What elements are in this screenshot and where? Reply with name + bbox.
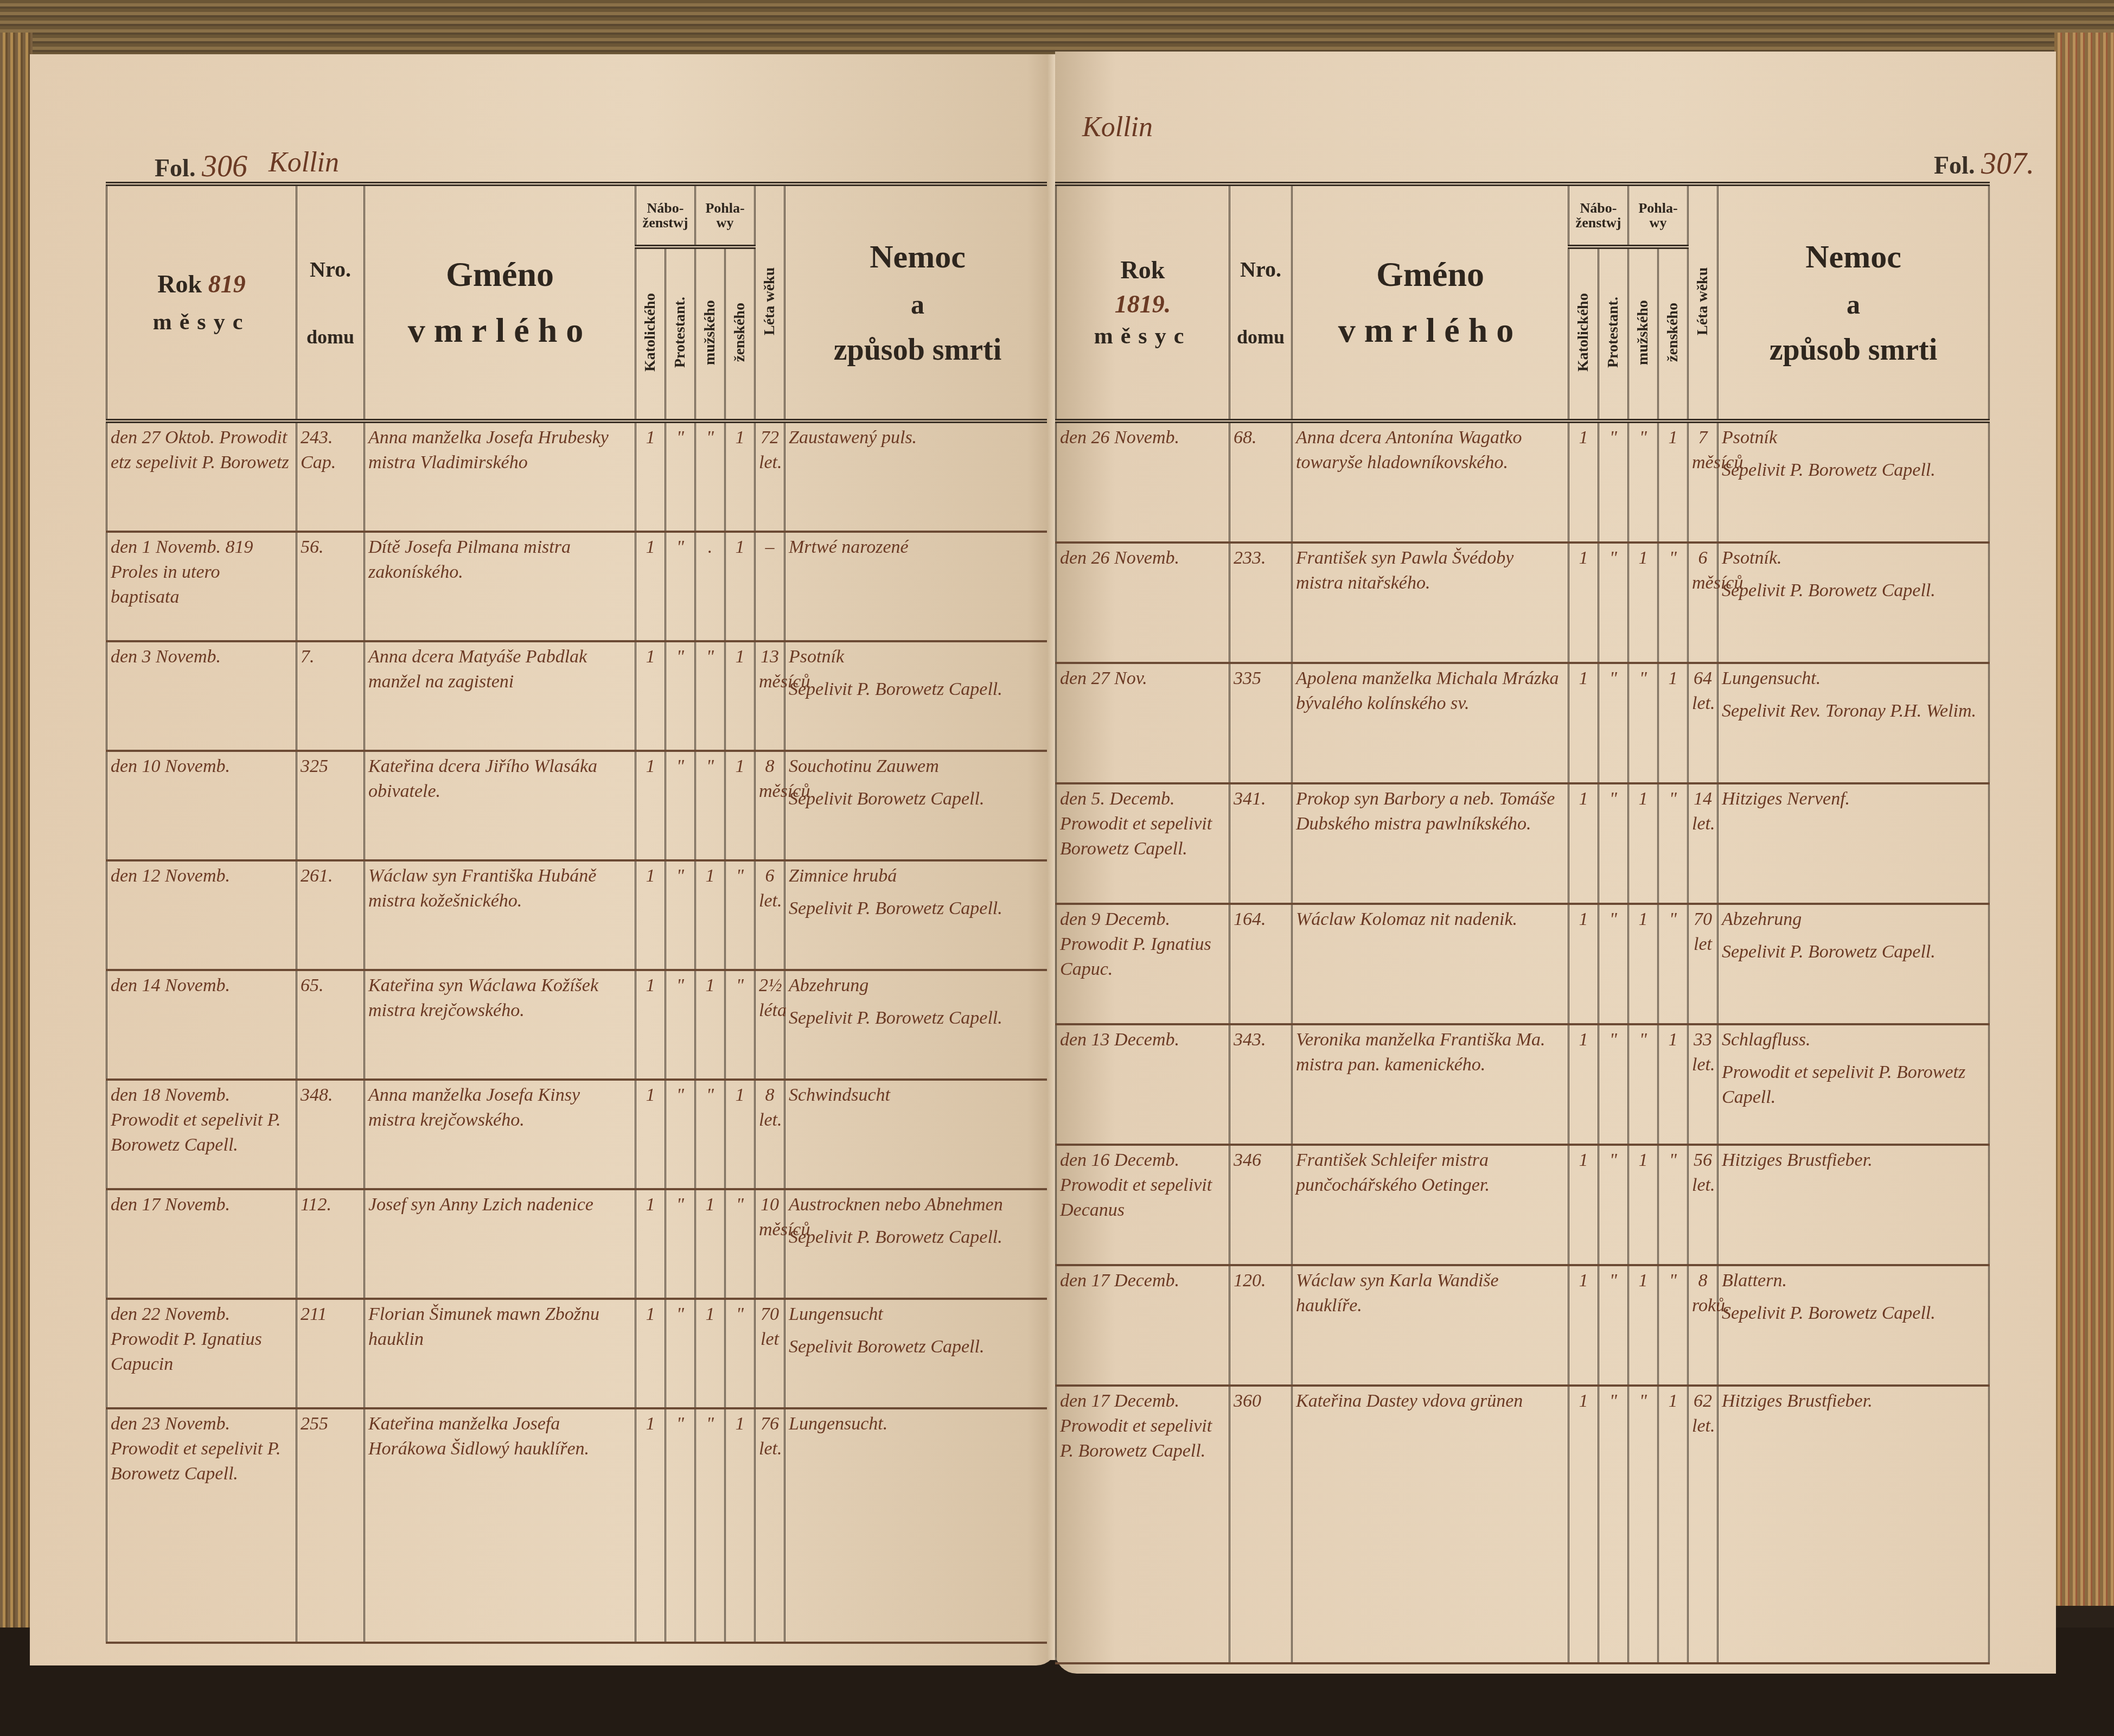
text-fragment: mužského bbox=[701, 251, 719, 414]
register-cell: 120. bbox=[1230, 1265, 1292, 1386]
text-fragment: měsyc bbox=[1060, 318, 1225, 355]
col-header-house: Nro. domu bbox=[1230, 184, 1292, 421]
register-cell: 1 bbox=[1569, 1265, 1599, 1386]
text-fragment: Sepelivit P. Borowetz Capell. bbox=[1722, 1301, 1985, 1326]
register-cell: 1 bbox=[1569, 1024, 1599, 1145]
col-header-age: Léta wěku bbox=[1688, 184, 1718, 421]
register-cell: Josef syn Anny Lzich nadenice bbox=[365, 1189, 636, 1299]
col-header-name: Gméno vmrlého bbox=[1292, 184, 1569, 421]
text-fragment: Sepelivit P. Borowetz Capell. bbox=[789, 677, 1046, 702]
register-cell: 343. bbox=[1230, 1024, 1292, 1145]
text-fragment: Lungensucht bbox=[789, 1304, 883, 1324]
register-cell: den 27 Nov. bbox=[1056, 663, 1230, 783]
text-fragment: Sepelivit P. Borowetz Capell. bbox=[1722, 458, 1985, 483]
text-fragment: Abzehrung bbox=[1722, 909, 1802, 929]
folio-label: Fol. bbox=[155, 154, 195, 182]
register-cell: " bbox=[666, 641, 695, 751]
text-fragment: Psotník bbox=[789, 647, 844, 667]
register-cell: Souchotinu ZauwemSepelivit Borowetz Cape… bbox=[785, 751, 1051, 860]
register-cell: " bbox=[1599, 783, 1628, 904]
register-cell: 1 bbox=[1658, 663, 1688, 783]
col-header-catholic: Katolického bbox=[1569, 247, 1599, 421]
register-cell: Mrtwé narozené bbox=[785, 532, 1051, 641]
register-cell: Psotník.Sepelivit P. Borowetz Capell. bbox=[1718, 542, 1989, 663]
register-cell: 64 let. bbox=[1688, 663, 1718, 783]
register-cell: 1 bbox=[636, 641, 666, 751]
register-row: den 14 Novemb.65.Kateřina syn Wáclawa Ko… bbox=[107, 970, 1051, 1080]
register-cell: AbzehrungSepelivit P. Borowetz Capell. bbox=[785, 970, 1051, 1080]
register-cell: " bbox=[1658, 1145, 1688, 1265]
register-row: den 23 Novemb. Prowodit et sepelivit P. … bbox=[107, 1408, 1051, 1643]
register-cell: 1 bbox=[695, 1189, 725, 1299]
register-cell: 1 bbox=[1628, 904, 1658, 1024]
register-cell: 1 bbox=[636, 1080, 666, 1189]
register-cell: " bbox=[1599, 542, 1628, 663]
right-register-table: Rok 1819. měsyc Nro. domu Gméno vmrlého … bbox=[1055, 182, 1990, 1664]
register-cell: 1 bbox=[725, 532, 755, 641]
text-fragment: Blattern. bbox=[1722, 1271, 1787, 1291]
text-fragment: domu bbox=[1234, 325, 1288, 348]
register-cell: – bbox=[755, 532, 785, 641]
register-cell: den 17 Decemb. Prowodit et sepelivit P. … bbox=[1056, 1386, 1230, 1663]
register-cell: 1 bbox=[636, 1189, 666, 1299]
right-folio: Fol. 307. bbox=[1934, 146, 2034, 181]
text-fragment: vmrlého bbox=[1296, 303, 1564, 358]
register-cell: 1 bbox=[695, 970, 725, 1080]
text-fragment: Rok bbox=[157, 270, 202, 298]
register-cell: " bbox=[1628, 663, 1658, 783]
register-row: den 27 Oktob. Prowodit etz sepelivit P. … bbox=[107, 421, 1051, 532]
col-header-cause: Nemoc a způsob smrti bbox=[785, 184, 1051, 421]
register-cell: Lungensucht. bbox=[785, 1408, 1051, 1643]
col-header-catholic: Katolického bbox=[636, 247, 666, 421]
left-register-table: Rok 819 měsyc Nro. domu Gméno vmrlého Ná… bbox=[106, 182, 1051, 1644]
folio-label: Fol. bbox=[1934, 151, 1975, 179]
book-left-edge bbox=[0, 33, 33, 1660]
right-place-name: Kollin bbox=[1082, 111, 1153, 143]
text-fragment: Zimnice hrubá bbox=[789, 866, 897, 886]
register-cell: 341. bbox=[1230, 783, 1292, 904]
register-cell: 1 bbox=[1569, 904, 1599, 1024]
register-cell: Anna manželka Josefa Hrubesky mistra Vla… bbox=[365, 421, 636, 532]
register-cell: den 23 Novemb. Prowodit et sepelivit P. … bbox=[107, 1408, 297, 1643]
register-cell: 211 bbox=[297, 1299, 365, 1408]
register-cell: den 18 Novemb. Prowodit et sepelivit P. … bbox=[107, 1080, 297, 1189]
register-cell: den 5. Decemb. Prowodit et sepelivit Bor… bbox=[1056, 783, 1230, 904]
register-cell: 10 měsíců bbox=[755, 1189, 785, 1299]
register-cell: Dítě Josefa Pilmana mistra zakoníského. bbox=[365, 532, 636, 641]
col-header-religion: Nábo-ženstwj bbox=[636, 184, 695, 247]
register-cell: Kateřina Dastey vdova grünen bbox=[1292, 1386, 1569, 1663]
register-cell: Kateřina manželka Josefa Horákowa Šidlow… bbox=[365, 1408, 636, 1643]
register-cell: 70 let bbox=[755, 1299, 785, 1408]
left-page: Fol. 306 Kollin Rok 819 měsyc Nro. domu … bbox=[30, 54, 1058, 1665]
text-fragment: Sepelivit P. Borowetz Capell. bbox=[789, 1225, 1046, 1250]
register-cell: 1 bbox=[1628, 542, 1658, 663]
register-cell: Florian Šimunek mawn Zbožnu hauklin bbox=[365, 1299, 636, 1408]
register-cell: 1 bbox=[1569, 1386, 1599, 1663]
text-fragment: Hitziges Brustfieber. bbox=[1722, 1150, 1873, 1170]
register-cell: 1 bbox=[725, 1080, 755, 1189]
register-cell: " bbox=[1628, 1024, 1658, 1145]
col-header-year-month: Rok 819 měsyc bbox=[107, 184, 297, 421]
col-header-protestant: Protestant. bbox=[666, 247, 695, 421]
folio-number: 306 bbox=[202, 150, 247, 183]
header-row-group: Rok 1819. měsyc Nro. domu Gméno vmrlého … bbox=[1056, 184, 1989, 247]
register-cell: Austrocknen nebo AbnehmenSepelivit P. Bo… bbox=[785, 1189, 1051, 1299]
register-row: den 12 Novemb.261.Wáclaw syn Františka H… bbox=[107, 860, 1051, 970]
col-header-religion: Nábo-ženstwj bbox=[1569, 184, 1628, 247]
register-cell: 1 bbox=[725, 751, 755, 860]
register-cell: 1 bbox=[1628, 783, 1658, 904]
header-row-group: Rok 819 měsyc Nro. domu Gméno vmrlého Ná… bbox=[107, 184, 1051, 247]
register-cell: den 1 Novemb. 819 Proles in utero baptis… bbox=[107, 532, 297, 641]
register-cell: den 17 Decemb. bbox=[1056, 1265, 1230, 1386]
register-cell: Wáclaw syn Karla Wandiše hauklíře. bbox=[1292, 1265, 1569, 1386]
register-cell: " bbox=[1658, 1265, 1688, 1386]
register-cell: 1 bbox=[695, 1299, 725, 1408]
text-fragment: Léta wěku bbox=[1694, 220, 1711, 382]
register-cell: AbzehrungSepelivit P. Borowetz Capell. bbox=[1718, 904, 1989, 1024]
register-cell: Schwindsucht bbox=[785, 1080, 1051, 1189]
register-cell: " bbox=[1599, 1265, 1628, 1386]
register-cell: Zaustawený puls. bbox=[785, 421, 1051, 532]
register-cell: 1 bbox=[1658, 421, 1688, 542]
register-cell: 325 bbox=[297, 751, 365, 860]
register-cell: 76 let. bbox=[755, 1408, 785, 1643]
register-cell: LungensuchtSepelivit Borowetz Capell. bbox=[785, 1299, 1051, 1408]
register-cell: 1 bbox=[1569, 1145, 1599, 1265]
register-cell: den 17 Novemb. bbox=[107, 1189, 297, 1299]
text-fragment: domu bbox=[301, 325, 360, 348]
register-cell: Lungensucht.Sepelivit Rev. Toronay P.H. … bbox=[1718, 663, 1989, 783]
register-cell: den 27 Oktob. Prowodit etz sepelivit P. … bbox=[107, 421, 297, 532]
register-cell: " bbox=[1599, 663, 1628, 783]
register-cell: " bbox=[1628, 1386, 1658, 1663]
register-cell: 335 bbox=[1230, 663, 1292, 783]
register-cell: Hitziges Brustfieber. bbox=[1718, 1386, 1989, 1663]
register-cell: " bbox=[666, 1299, 695, 1408]
text-fragment: Souchotinu Zauwem bbox=[789, 756, 939, 776]
register-cell: " bbox=[725, 1299, 755, 1408]
book-right-edge bbox=[2054, 33, 2114, 1606]
col-header-age: Léta wěku bbox=[755, 184, 785, 421]
col-header-female: ženského bbox=[725, 247, 755, 421]
register-row: den 22 Novemb. Prowodit P. Ignatius Capu… bbox=[107, 1299, 1051, 1408]
register-cell: 1 bbox=[1628, 1145, 1658, 1265]
text-fragment: Lungensucht. bbox=[789, 1414, 887, 1434]
register-cell: 56. bbox=[297, 532, 365, 641]
register-cell: 255 bbox=[297, 1408, 365, 1643]
register-cell: den 26 Novemb. bbox=[1056, 542, 1230, 663]
register-cell: " bbox=[1599, 1386, 1628, 1663]
register-cell: den 13 Decemb. bbox=[1056, 1024, 1230, 1145]
register-cell: 360 bbox=[1230, 1386, 1292, 1663]
register-cell: 8 měsíců bbox=[755, 751, 785, 860]
text-fragment: a bbox=[1722, 283, 1985, 326]
register-row: den 9 Decemb. Prowodit P. Ignatius Capuc… bbox=[1056, 904, 1989, 1024]
text-fragment: Psotník. bbox=[1722, 548, 1781, 568]
text-fragment: Rok bbox=[1060, 250, 1225, 290]
register-cell: " bbox=[725, 860, 755, 970]
text-fragment: Prowodit et sepelivit P. Borowetz Capell… bbox=[1722, 1060, 1985, 1110]
register-cell: 7 měsíců bbox=[1688, 421, 1718, 542]
left-place-name: Kollin bbox=[269, 146, 339, 178]
text-fragment: Sepelivit P. Borowetz Capell. bbox=[789, 1006, 1046, 1031]
text-fragment: měsyc bbox=[111, 304, 292, 341]
register-cell: " bbox=[725, 970, 755, 1080]
register-cell: " bbox=[666, 1080, 695, 1189]
register-cell: Wáclaw syn Františka Hubáně mistra kožeš… bbox=[365, 860, 636, 970]
register-cell: 261. bbox=[297, 860, 365, 970]
text-fragment: Léta wěku bbox=[761, 220, 778, 382]
register-cell: " bbox=[666, 751, 695, 860]
register-cell: 1 bbox=[695, 860, 725, 970]
register-cell: 70 let bbox=[1688, 904, 1718, 1024]
register-cell: 8 let. bbox=[755, 1080, 785, 1189]
text-fragment: vmrlého bbox=[368, 303, 631, 358]
register-cell: den 22 Novemb. Prowodit P. Ignatius Capu… bbox=[107, 1299, 297, 1408]
text-fragment: Hitziges Brustfieber. bbox=[1722, 1391, 1873, 1411]
text-fragment: 1819. bbox=[1060, 290, 1225, 318]
register-cell: Hitziges Nervenf. bbox=[1718, 783, 1989, 904]
register-cell: 1 bbox=[725, 421, 755, 532]
col-header-house: Nro. domu bbox=[297, 184, 365, 421]
register-cell: " bbox=[666, 860, 695, 970]
register-cell: " bbox=[1599, 421, 1628, 542]
register-cell: . bbox=[695, 532, 725, 641]
register-cell: Hitziges Brustfieber. bbox=[1718, 1145, 1989, 1265]
register-cell: Veronika manželka Františka Ma. mistra p… bbox=[1292, 1024, 1569, 1145]
register-cell: " bbox=[666, 1408, 695, 1643]
register-cell: Anna manželka Josefa Kinsy mistra krejčo… bbox=[365, 1080, 636, 1189]
register-cell: 1 bbox=[725, 641, 755, 751]
register-cell: 346 bbox=[1230, 1145, 1292, 1265]
register-cell: 7. bbox=[297, 641, 365, 751]
register-row: den 5. Decemb. Prowodit et sepelivit Bor… bbox=[1056, 783, 1989, 904]
register-cell: 1 bbox=[636, 1408, 666, 1643]
register-row: den 17 Decemb. Prowodit et sepelivit P. … bbox=[1056, 1386, 1989, 1663]
text-fragment: Sepelivit Borowetz Capell. bbox=[789, 1335, 1046, 1360]
register-cell: 1 bbox=[1658, 1024, 1688, 1145]
register-cell: Wáclaw Kolomaz nit nadenik. bbox=[1292, 904, 1569, 1024]
register-cell: 8 roků. bbox=[1688, 1265, 1718, 1386]
register-cell: den 9 Decemb. Prowodit P. Ignatius Capuc… bbox=[1056, 904, 1230, 1024]
text-fragment: Sepelivit P. Borowetz Capell. bbox=[1722, 940, 1985, 965]
register-row: den 3 Novemb.7.Anna dcera Matyáše Pabdla… bbox=[107, 641, 1051, 751]
register-cell: " bbox=[1599, 1024, 1628, 1145]
col-header-protestant: Protestant. bbox=[1599, 247, 1628, 421]
text-fragment: ženského bbox=[731, 251, 749, 414]
register-cell: 62 let. bbox=[1688, 1386, 1718, 1663]
register-cell: 243. Cap. bbox=[297, 421, 365, 532]
register-cell: " bbox=[666, 1189, 695, 1299]
register-row: den 16 Decemb. Prowodit et sepelivit Dec… bbox=[1056, 1145, 1989, 1265]
text-fragment: Katolického bbox=[642, 251, 659, 414]
register-row: den 10 Novemb.325Kateřina dcera Jiřího W… bbox=[107, 751, 1051, 860]
register-cell: 1 bbox=[636, 860, 666, 970]
text-fragment: Nro. bbox=[1234, 257, 1288, 282]
register-cell: 72 let. bbox=[755, 421, 785, 532]
text-fragment: Katolického bbox=[1575, 251, 1592, 414]
register-cell: 1 bbox=[636, 532, 666, 641]
register-cell: " bbox=[1658, 904, 1688, 1024]
text-fragment: a bbox=[789, 283, 1046, 326]
register-cell: " bbox=[1599, 904, 1628, 1024]
register-row: den 1 Novemb. 819 Proles in utero baptis… bbox=[107, 532, 1051, 641]
register-cell: Blattern.Sepelivit P. Borowetz Capell. bbox=[1718, 1265, 1989, 1386]
register-cell: den 10 Novemb. bbox=[107, 751, 297, 860]
text-fragment: 819 bbox=[208, 270, 246, 298]
text-fragment: Zaustawený puls. bbox=[789, 427, 917, 448]
text-fragment: Lungensucht. bbox=[1722, 668, 1821, 688]
register-cell: František syn Pawla Švédoby mistra nitař… bbox=[1292, 542, 1569, 663]
text-fragment: Sepelivit P. Borowetz Capell. bbox=[1722, 578, 1985, 603]
register-row: den 26 Novemb.233.František syn Pawla Šv… bbox=[1056, 542, 1989, 663]
register-cell: 1 bbox=[636, 1299, 666, 1408]
right-page: Kollin Fol. 307. Rok 1819. měsyc Nro. do… bbox=[1055, 52, 2056, 1674]
register-row: den 13 Decemb.343.Veronika manželka Fran… bbox=[1056, 1024, 1989, 1145]
text-fragment: způsob smrti bbox=[789, 326, 1046, 375]
text-fragment: Gméno bbox=[1296, 247, 1564, 302]
register-cell: den 14 Novemb. bbox=[107, 970, 297, 1080]
register-cell: Kateřina dcera Jiřího Wlasáka obivatele. bbox=[365, 751, 636, 860]
register-cell: 164. bbox=[1230, 904, 1292, 1024]
register-cell: Kateřina syn Wáclawa Kožíšek mistra krej… bbox=[365, 970, 636, 1080]
col-header-male: mužského bbox=[1628, 247, 1658, 421]
text-fragment: ženského bbox=[1664, 251, 1682, 414]
text-fragment: Austrocknen nebo Abnehmen bbox=[789, 1195, 1003, 1215]
col-header-sex: Pohla-wy bbox=[695, 184, 755, 247]
col-header-male: mužského bbox=[695, 247, 725, 421]
left-folio: Fol. 306 bbox=[155, 149, 247, 184]
register-cell: den 3 Novemb. bbox=[107, 641, 297, 751]
register-row: den 18 Novemb. Prowodit et sepelivit P. … bbox=[107, 1080, 1051, 1189]
col-header-cause: Nemoc a způsob smrti bbox=[1718, 184, 1989, 421]
register-cell: Prokop syn Barbory a neb. Tomáše Dubskéh… bbox=[1292, 783, 1569, 904]
text-fragment: Nro. bbox=[301, 257, 360, 282]
register-cell: 1 bbox=[1628, 1265, 1658, 1386]
register-cell: 2½ léta bbox=[755, 970, 785, 1080]
text-fragment: Abzehrung bbox=[789, 975, 868, 995]
register-cell: den 16 Decemb. Prowodit et sepelivit Dec… bbox=[1056, 1145, 1230, 1265]
register-cell: 56 let. bbox=[1688, 1145, 1718, 1265]
register-cell: Anna dcera Antonína Wagatko towaryše hla… bbox=[1292, 421, 1569, 542]
register-row: den 17 Novemb.112.Josef syn Anny Lzich n… bbox=[107, 1189, 1051, 1299]
register-cell: 6 let. bbox=[755, 860, 785, 970]
text-fragment: Nemoc bbox=[1722, 231, 1985, 283]
col-header-sex: Pohla-wy bbox=[1628, 184, 1688, 247]
register-cell: Zimnice hrubáSepelivit P. Borowetz Capel… bbox=[785, 860, 1051, 970]
folio-number: 307. bbox=[1981, 147, 2034, 181]
text-fragment: Mrtwé narozené bbox=[789, 537, 909, 557]
book-top-edge bbox=[0, 0, 2114, 60]
register-cell: Anna dcera Matyáše Pabdlak manžel na zag… bbox=[365, 641, 636, 751]
register-cell: 1 bbox=[636, 751, 666, 860]
register-cell: den 26 Novemb. bbox=[1056, 421, 1230, 542]
text-fragment: Sepelivit P. Borowetz Capell. bbox=[789, 896, 1046, 921]
register-cell: PsotníkSepelivit P. Borowetz Capell. bbox=[785, 641, 1051, 751]
register-cell: 1 bbox=[1569, 783, 1599, 904]
register-cell: 13 měsíců bbox=[755, 641, 785, 751]
register-cell: 65. bbox=[297, 970, 365, 1080]
register-cell: 1 bbox=[725, 1408, 755, 1643]
register-cell: " bbox=[666, 970, 695, 1080]
register-cell: " bbox=[666, 421, 695, 532]
register-cell: PsotníkSepelivit P. Borowetz Capell. bbox=[1718, 421, 1989, 542]
register-cell: " bbox=[695, 1408, 725, 1643]
register-row: den 27 Nov.335Apolena manželka Michala M… bbox=[1056, 663, 1989, 783]
register-cell: Schlagfluss.Prowodit et sepelivit P. Bor… bbox=[1718, 1024, 1989, 1145]
text-fragment: Schlagfluss. bbox=[1722, 1030, 1810, 1050]
register-cell: 1 bbox=[1658, 1386, 1688, 1663]
register-cell: Apolena manželka Michala Mrázka bývalého… bbox=[1292, 663, 1569, 783]
register-cell: 6 měsíců bbox=[1688, 542, 1718, 663]
col-header-name: Gméno vmrlého bbox=[365, 184, 636, 421]
register-cell: 1 bbox=[636, 970, 666, 1080]
register-cell: " bbox=[695, 421, 725, 532]
register-cell: 1 bbox=[1569, 663, 1599, 783]
text-fragment: Hitziges Nervenf. bbox=[1722, 789, 1850, 809]
text-fragment: Protestant. bbox=[672, 251, 689, 414]
text-fragment: způsob smrti bbox=[1722, 326, 1985, 375]
register-cell: 1 bbox=[1569, 542, 1599, 663]
register-cell: den 12 Novemb. bbox=[107, 860, 297, 970]
register-row: den 17 Decemb.120.Wáclaw syn Karla Wandi… bbox=[1056, 1265, 1989, 1386]
register-cell: " bbox=[695, 641, 725, 751]
register-cell: 233. bbox=[1230, 542, 1292, 663]
text-fragment: Gméno bbox=[368, 247, 631, 302]
register-cell: 348. bbox=[297, 1080, 365, 1189]
text-fragment: Rok 819 bbox=[111, 264, 292, 304]
text-fragment: Sepelivit Borowetz Capell. bbox=[789, 787, 1046, 812]
register-cell: " bbox=[1658, 783, 1688, 904]
register-cell: 68. bbox=[1230, 421, 1292, 542]
register-cell: " bbox=[695, 1080, 725, 1189]
text-fragment: Schwindsucht bbox=[789, 1085, 890, 1105]
register-cell: 33 let. bbox=[1688, 1024, 1718, 1145]
text-fragment: Protestant. bbox=[1605, 251, 1622, 414]
register-cell: 14 let. bbox=[1688, 783, 1718, 904]
register-cell: " bbox=[666, 532, 695, 641]
register-cell: " bbox=[1628, 421, 1658, 542]
register-cell: " bbox=[1599, 1145, 1628, 1265]
text-fragment: Psotník bbox=[1722, 427, 1777, 448]
register-cell: 1 bbox=[1569, 421, 1599, 542]
register-row: den 26 Novemb.68.Anna dcera Antonína Wag… bbox=[1056, 421, 1989, 542]
text-fragment: Sepelivit Rev. Toronay P.H. Welim. bbox=[1722, 699, 1985, 724]
register-cell: " bbox=[725, 1189, 755, 1299]
col-header-year-month: Rok 1819. měsyc bbox=[1056, 184, 1230, 421]
col-header-female: ženského bbox=[1658, 247, 1688, 421]
register-cell: 112. bbox=[297, 1189, 365, 1299]
text-fragment: mužského bbox=[1634, 251, 1652, 414]
register-cell: 1 bbox=[636, 421, 666, 532]
register-cell: " bbox=[695, 751, 725, 860]
register-cell: František Schleifer mistra punčochářskéh… bbox=[1292, 1145, 1569, 1265]
register-cell: " bbox=[1658, 542, 1688, 663]
text-fragment: Nemoc bbox=[789, 231, 1046, 283]
